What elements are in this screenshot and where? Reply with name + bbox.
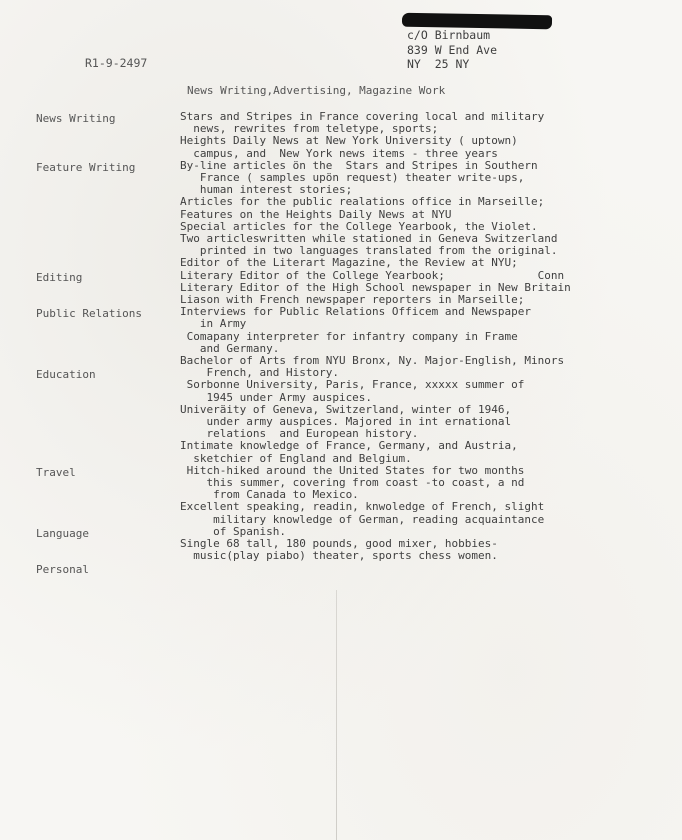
section-line: Excellent speaking, readin, knwoledge of… bbox=[180, 501, 544, 513]
section-line: Univeräity of Geneva, Switzerland, winte… bbox=[180, 404, 511, 416]
section-line: Stars and Stripes in France covering loc… bbox=[180, 111, 544, 123]
section-line: Interviews for Public Relations Officem … bbox=[180, 306, 531, 318]
section-line: 1945 under Army auspices. bbox=[180, 392, 372, 404]
reference-number: R1-9-2497 bbox=[85, 56, 147, 70]
section-line: campus, and New York news items - three … bbox=[180, 148, 498, 160]
section-label: Education bbox=[36, 368, 96, 381]
section-line: printed in two languages translated from… bbox=[180, 245, 558, 257]
section-label: Travel bbox=[36, 466, 76, 479]
section-line: music(play piabo) theater, sports chess … bbox=[180, 550, 498, 562]
section-label: News Writing bbox=[36, 112, 115, 125]
redaction-mark bbox=[402, 13, 552, 30]
section-line: Liason with French newspaper reporters i… bbox=[180, 294, 524, 306]
section-line: sketchier of England and Belgium. bbox=[180, 453, 412, 465]
section-line: and Germany. bbox=[180, 343, 279, 355]
section-line: Intimate knowledge of France, Germany, a… bbox=[180, 440, 518, 452]
address-line: 839 W End Ave bbox=[407, 43, 497, 57]
section-line: Features on the Heights Daily News at NY… bbox=[180, 209, 452, 221]
address-line: NY 25 NY bbox=[407, 57, 469, 71]
section-line: Literary Editor of the College Yearbook;… bbox=[180, 270, 564, 282]
section-line: Comapany interpreter for infantry compan… bbox=[180, 331, 518, 343]
resume-page: c/O Birnbaum 839 W End Ave NY 25 NY R1-9… bbox=[0, 0, 682, 840]
section-line: Two articleswritten while stationed in G… bbox=[180, 233, 558, 245]
section-line: news, rewrites from teletype, sports; bbox=[180, 123, 438, 135]
paper-fold bbox=[336, 590, 337, 840]
section-line: France ( samples upön request) theater w… bbox=[180, 172, 524, 184]
section-line: Heights Daily News at New York Universit… bbox=[180, 135, 518, 147]
section-label: Feature Writing bbox=[36, 161, 135, 174]
document-title: News Writing,Advertising, Magazine Work bbox=[187, 84, 445, 97]
section-line: under army auspices. Majored in int erna… bbox=[180, 416, 511, 428]
address-line: c/O Birnbaum bbox=[407, 28, 490, 42]
section-line: military knowledge of German, reading ac… bbox=[180, 514, 544, 526]
section-line: relations and European history. bbox=[180, 428, 418, 440]
address-block: c/O Birnbaum 839 W End Ave NY 25 NY bbox=[407, 28, 497, 72]
section-label: Public Relations bbox=[36, 307, 142, 320]
section-line: French, and History. bbox=[180, 367, 339, 379]
section-line: from Canada to Mexico. bbox=[180, 489, 359, 501]
section-label: Language bbox=[36, 527, 89, 540]
section-label: Personal bbox=[36, 563, 89, 576]
section-line: Sorbonne University, Paris, France, xxxx… bbox=[180, 379, 524, 391]
section-label: Editing bbox=[36, 271, 82, 284]
section-line: Literary Editor of the High School newsp… bbox=[180, 282, 571, 294]
section-line: this summer, covering from coast -to coa… bbox=[180, 477, 524, 489]
section-line: Editor of the Literart Magazine, the Rev… bbox=[180, 257, 518, 269]
section-line: in Army bbox=[180, 318, 246, 330]
section-line: Bachelor of Arts from NYU Bronx, Ny. Maj… bbox=[180, 355, 564, 367]
section-line: human interest stories; bbox=[180, 184, 352, 196]
section-line: Hitch-hiked around the United States for… bbox=[180, 465, 524, 477]
section-line: Articles for the public realations offic… bbox=[180, 196, 544, 208]
section-line: Single 68 tall, 180 pounds, good mixer, … bbox=[180, 538, 498, 550]
section-line: By-line articles ön the Stars and Stripe… bbox=[180, 160, 538, 172]
section-line: of Spanish. bbox=[180, 526, 286, 538]
section-line: Special articles for the College Yearboo… bbox=[180, 221, 538, 233]
